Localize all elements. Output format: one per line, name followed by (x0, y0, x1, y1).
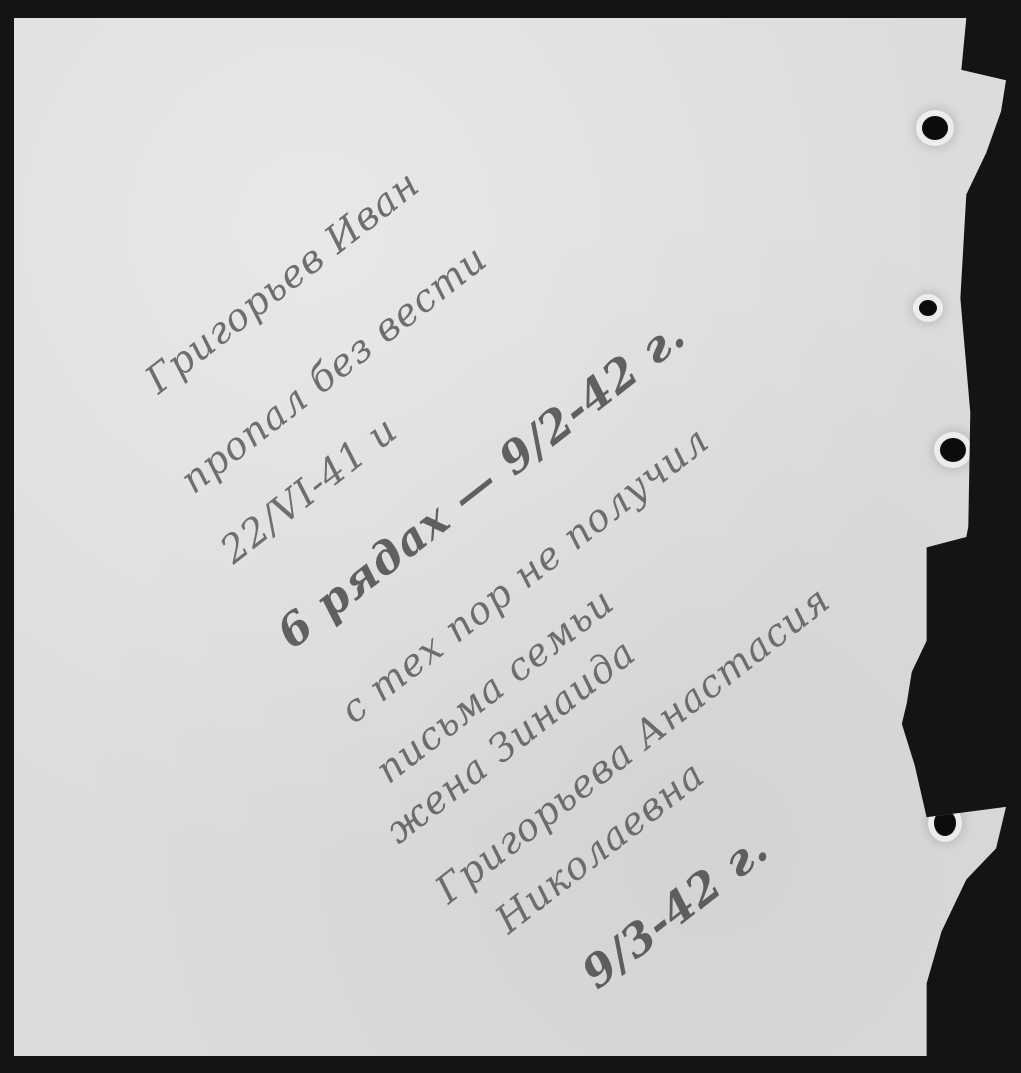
handwritten-line: Григорьев Иван (137, 161, 428, 402)
punch-hole (934, 810, 956, 836)
punch-hole (940, 438, 966, 462)
paper-sheet: Григорьев Иван пропал без вести 22/VI-41… (14, 18, 1006, 1056)
punch-hole (919, 300, 937, 316)
punch-hole (922, 116, 948, 140)
